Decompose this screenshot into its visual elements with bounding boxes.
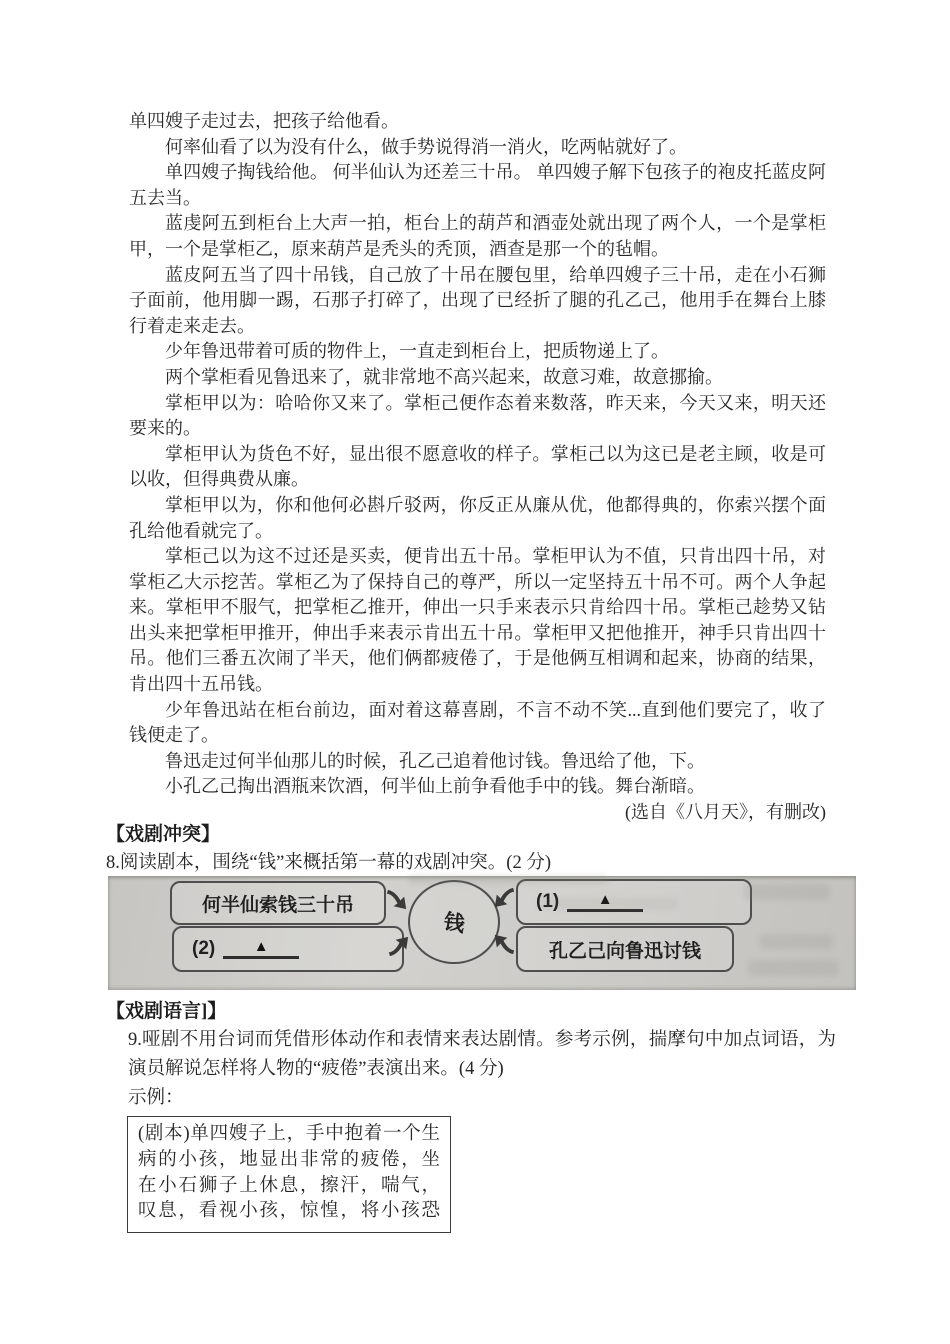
curved-arrow-icon (491, 931, 516, 956)
example-box-line: 病的小孩，地显出非常的疲倦，坐 (138, 1148, 440, 1174)
curved-arrow-icon (387, 933, 412, 958)
curved-arrow-icon (491, 886, 516, 911)
section-dramatic-conflict: 【戏剧冲突】 8.阅读剧本，围绕“钱”来概括第一幕的戏剧冲突。(2 分) (106, 823, 846, 878)
play-script-passage: 单四嫂子走过去，把孩子给他看。 何率仙看了以为没有什么，做手势说得消一消火，吃两… (129, 109, 826, 826)
passage-paragraph: 少年鲁迅站在柜台前边，面对着这幕喜剧，不言不动不笑...直到他们要完了，收了钱便… (129, 698, 826, 749)
passage-paragraph: 单四嫂子走过去，把孩子给他看。 (129, 109, 826, 135)
passage-paragraph: 蓝皮阿五当了四十吊钱，自己放了十吊在腰包里，给单四嫂子三十吊，走在小石狮子面前，… (129, 263, 826, 340)
exam-page: 单四嫂子走过去，把孩子给他看。 何率仙看了以为没有什么，做手势说得消一消火，吃两… (0, 0, 950, 1344)
passage-paragraph: 少年鲁迅带着可质的物件上，一直走到柜台上，把质物递上了。 (129, 339, 826, 365)
blank-2-answer-line: ▲ (223, 940, 299, 959)
example-box-line: 叹息，看视小孩，惊惶，将小孩恐 (138, 1199, 440, 1225)
section-heading-language: 【戏剧语言]】 (106, 1000, 846, 1023)
diagram-box-blank-1: (1) ▲ (516, 879, 752, 925)
blank-2-prefix: (2) (192, 938, 215, 960)
conflict-diagram-scan: 何半仙索钱三十吊 (2) ▲ 钱 (1) ▲ 孔乙己向鲁迅讨钱 (108, 876, 856, 990)
passage-paragraph: 掌柜甲认为货色不好，显出很不愿意收的样子。掌柜己以为这已是老主顾，收是可以收，但… (129, 442, 826, 493)
passage-paragraph: 掌柜甲以为：哈哈你又来了。掌柜己便作态着来数落，昨天来，今天又来，明天还要来的。 (129, 391, 826, 442)
example-script-box: (剧本)单四嫂子上，手中抱着一个生 病的小孩，地显出非常的疲倦，坐 在小石狮子上… (127, 1116, 451, 1233)
example-box-line: (剧本)单四嫂子上，手中抱着一个生 (138, 1122, 440, 1148)
scan-bleed-artifact (744, 884, 830, 900)
passage-paragraph: 鲁迅走过何半仙那儿的时候，孔乙己追着他讨钱。鲁迅给了他，下。 (129, 749, 826, 775)
passage-paragraph: 单四嫂子掏钱给他。 何半仙认为还差三十吊。 单四嫂子解下包孩子的袍皮托蓝皮阿五去… (129, 160, 826, 211)
diagram-box-blank-2: (2) ▲ (172, 926, 404, 972)
scan-bleed-artifact (760, 934, 832, 949)
section-heading-conflict: 【戏剧冲突】 (106, 823, 846, 846)
passage-paragraph: 掌柜己以为这不过还是买卖，便肯出五十吊。掌柜甲认为不值，只肯出四十吊，对掌柜乙大… (129, 544, 826, 698)
passage-paragraph: 两个掌柜看见鲁迅来了，就非常地不高兴起来，故意习难，故意挪揄。 (129, 365, 826, 391)
example-label: 示例： (128, 1085, 846, 1111)
curved-arrow-icon (385, 888, 410, 913)
passage-paragraph: 蓝虔阿五到柜台上大声一拍，柜台上的葫芦和酒壶处就出现了两个人，一个是掌柜甲，一个… (129, 211, 826, 262)
blank-1-answer-line: ▲ (567, 893, 643, 912)
passage-paragraph: 小孔乙己掏出酒瓶来饮酒，何半仙上前争看他手中的钱。舞台渐暗。 (129, 774, 826, 800)
diagram-box-he-banxian: 何半仙索钱三十吊 (170, 881, 386, 925)
blank-1-prefix: (1) (536, 891, 559, 913)
diagram-box-kong-yiji: 孔乙己向鲁迅讨钱 (516, 926, 734, 972)
diagram-center-label: 钱 (441, 905, 467, 938)
scan-bleed-artifact (748, 960, 838, 976)
passage-paragraph: 掌柜甲以为，你和他何必斟斤驳两，你反正从廉从优，他都得典的，你索兴摆个面孔给他看… (129, 493, 826, 544)
section-dramatic-language: 【戏剧语言]】 9.哑剧不用台词而凭借形体动作和表情来表达剧情。参考示例，揣摩句… (106, 1000, 846, 1233)
question-8: 8.阅读剧本，围绕“钱”来概括第一幕的戏剧冲突。(2 分) (106, 849, 846, 878)
example-box-line: 在小石狮子上休息，擦汗，喘气， (138, 1174, 440, 1200)
passage-source-note: (选自《八月天》，有删改) (129, 800, 826, 826)
diagram-center-circle: 钱 (408, 880, 500, 964)
passage-paragraph: 何率仙看了以为没有什么，做手势说得消一消火，吃两帖就好了。 (129, 135, 826, 161)
question-9: 9.哑剧不用台词而凭借形体动作和表情来表达剧情。参考示例，揣摩句中加点词语，为演… (128, 1026, 836, 1083)
